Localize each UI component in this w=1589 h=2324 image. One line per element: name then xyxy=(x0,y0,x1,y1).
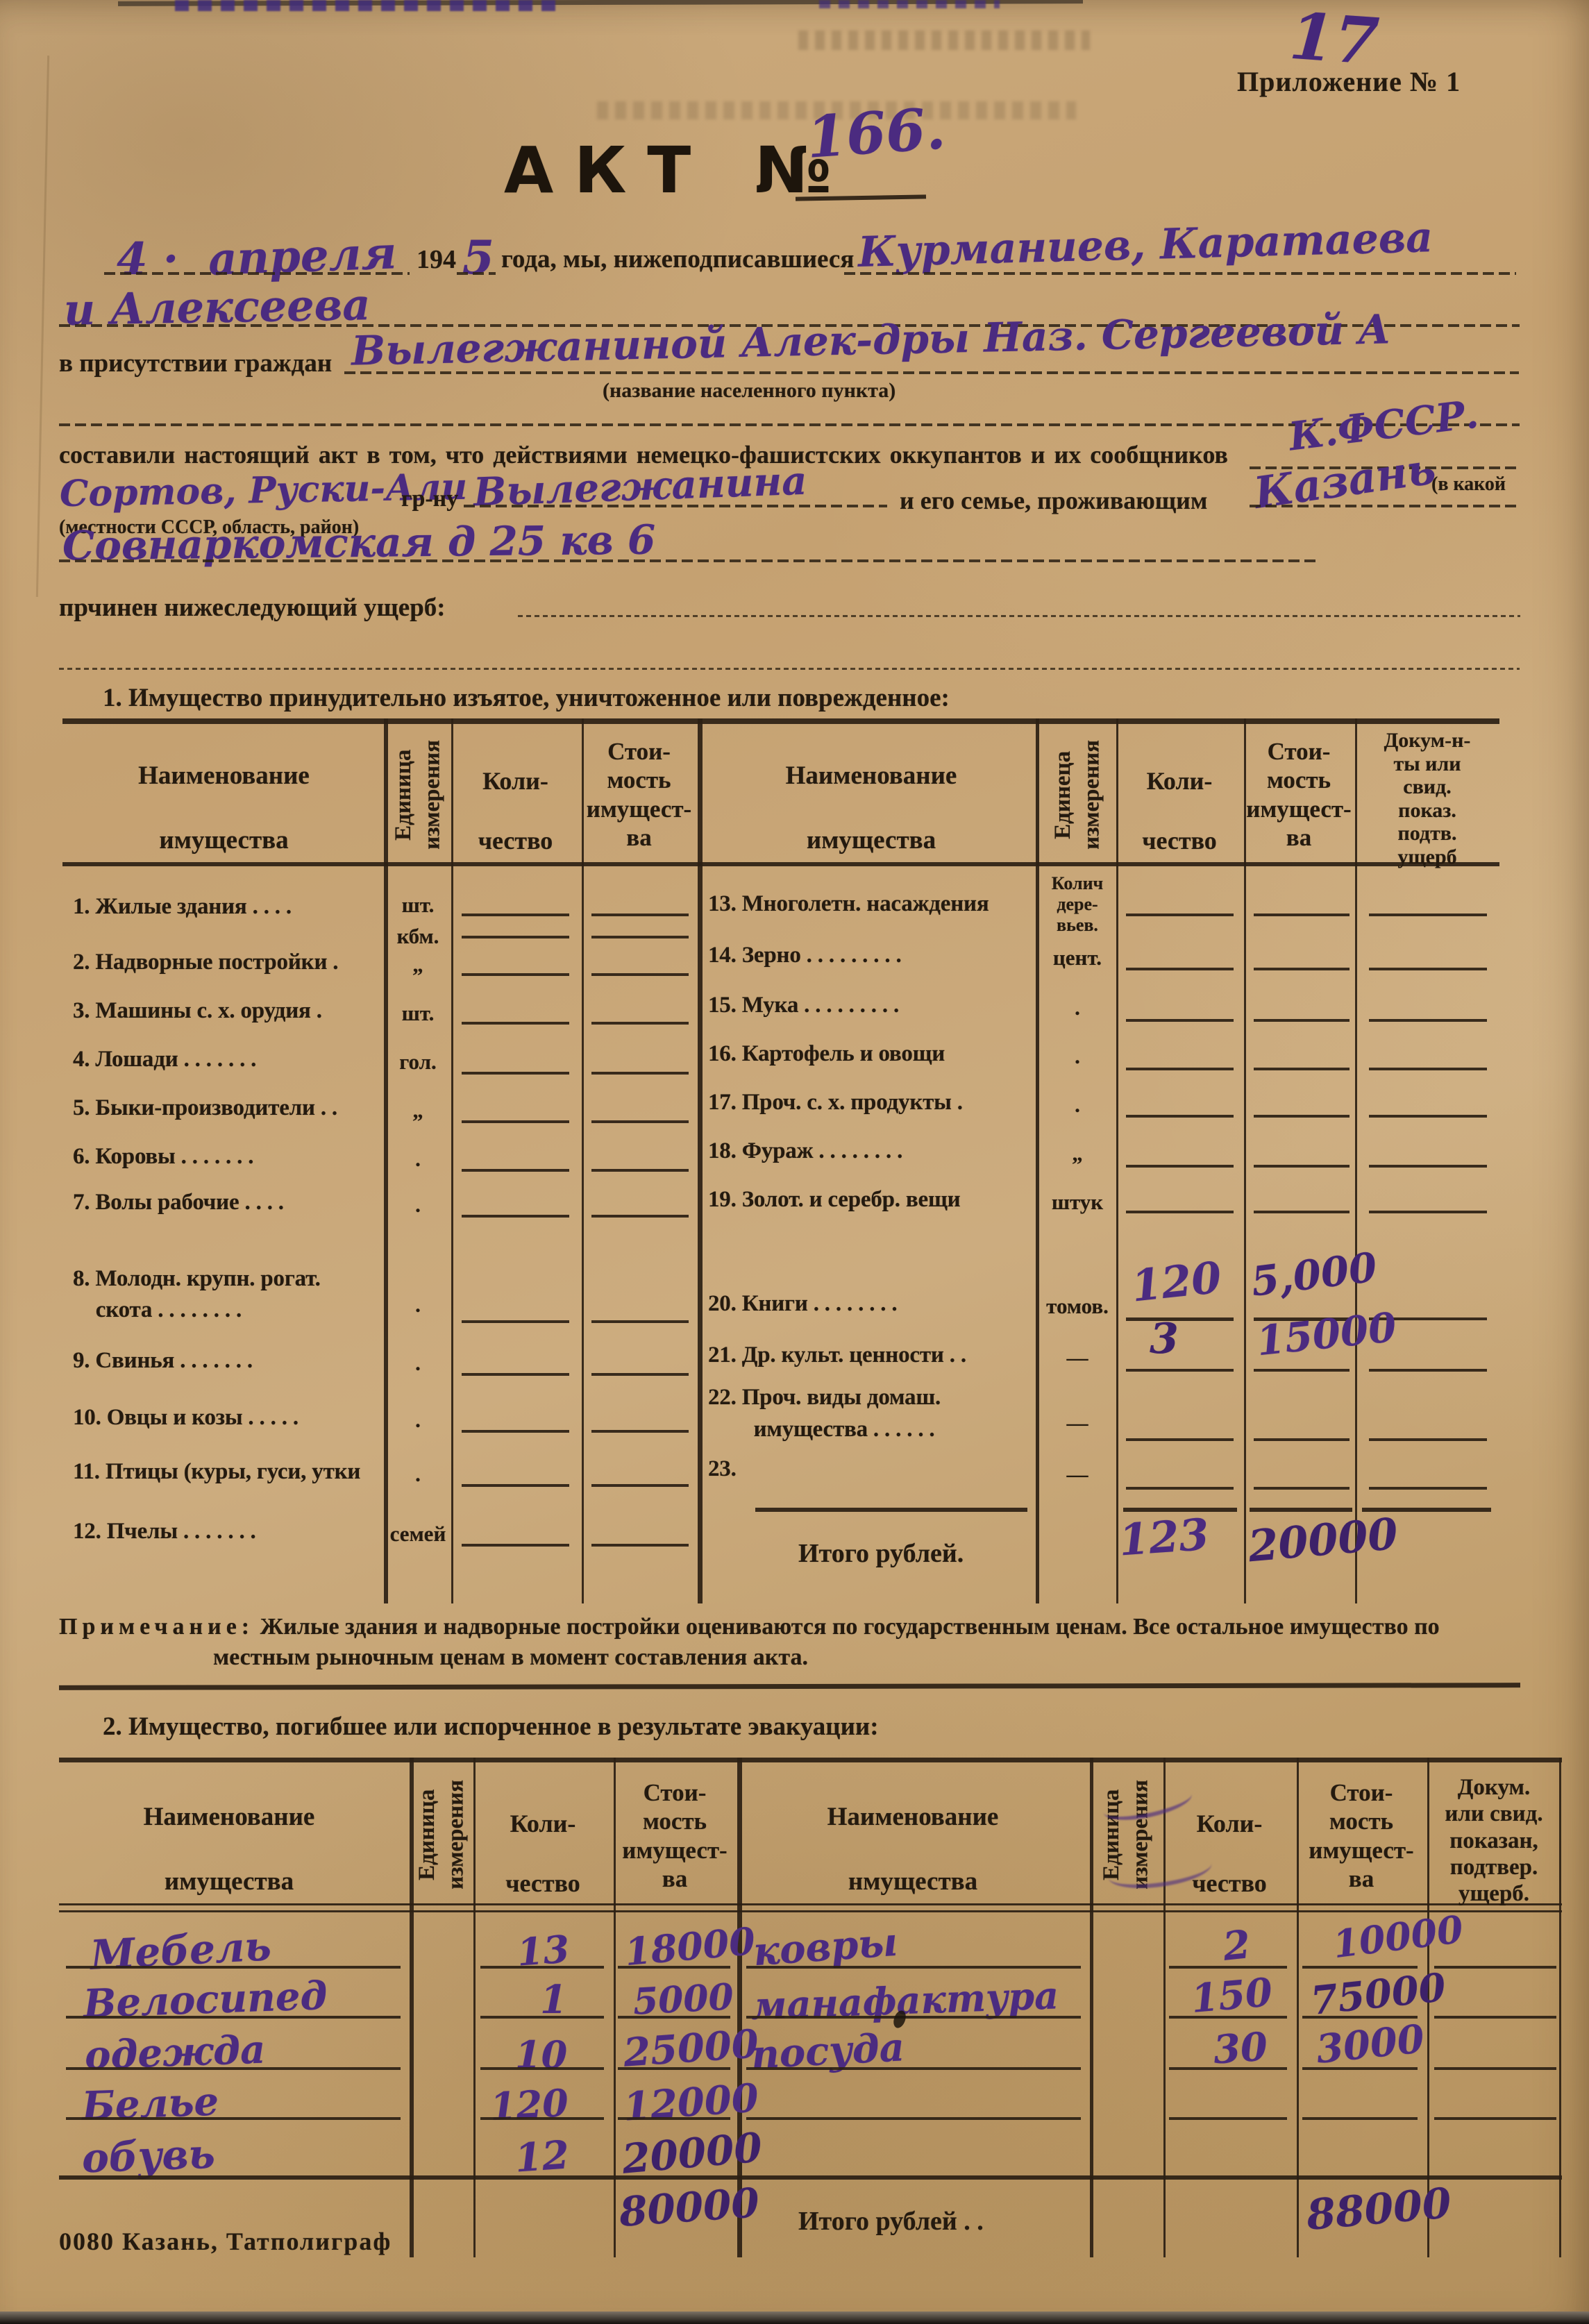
t1-ul xyxy=(462,1072,569,1075)
t1-ul xyxy=(1126,1369,1234,1372)
t1-vline xyxy=(698,718,703,1603)
t1-row-label: 18. Фураж . . . . . . . . xyxy=(708,1138,902,1164)
t2-ul xyxy=(66,2117,401,2120)
t1-row-label: 14. Зерно . . . . . . . . . xyxy=(708,943,902,968)
t1-row-unit: „ xyxy=(386,1095,450,1127)
t1-val-hand: 5,000 xyxy=(1249,1243,1380,1306)
t1-top-border xyxy=(62,718,1499,724)
t1-ul xyxy=(1126,1068,1234,1070)
t2-ul xyxy=(746,2067,1081,2070)
t1-row-unit: . xyxy=(1040,993,1115,1024)
t1-row-unit: шт. xyxy=(386,998,450,1029)
t2-qty-hand: 150 xyxy=(1189,1969,1274,2022)
t1-head-unit-r: Единеца измерения xyxy=(1049,740,1107,850)
t2-head-qty: Коли- чество xyxy=(473,1794,612,1914)
t1-ul xyxy=(1369,1019,1487,1022)
t1-ul xyxy=(591,1169,689,1172)
t2-ul xyxy=(618,1966,730,1969)
t1-ul xyxy=(1126,1487,1234,1490)
t1-ul xyxy=(1126,913,1234,916)
address-line xyxy=(59,559,1317,562)
t1-ul xyxy=(462,1169,569,1172)
t2-ul xyxy=(480,2016,604,2019)
t1-row-label: 17. Проч. с. х. продукты . xyxy=(708,1090,963,1115)
t1-ul xyxy=(591,1120,689,1123)
t2-top-border xyxy=(59,1758,1562,1762)
document-page: 17 Приложение № 1 АКТ № 166. 4 · апреля … xyxy=(0,0,1589,2324)
t1-ul xyxy=(1369,1438,1487,1441)
settlement-caption: (название населенного пункта) xyxy=(603,379,896,403)
date-line xyxy=(104,272,410,275)
note-paragraph: Примечание: Жилые здания и надворные пос… xyxy=(59,1612,1520,1673)
t1-row-label: 5. Быки-производители . . xyxy=(73,1095,337,1121)
t2-head-name: Наименование имущества xyxy=(69,1785,389,1914)
t1-row-unit: Колич дере- вьев. xyxy=(1040,873,1115,936)
t1-row-label: 3. Машины с. х. орудия . xyxy=(73,998,322,1024)
t1-ul xyxy=(1126,1438,1234,1441)
t1-total-label: Итого рублей. xyxy=(798,1538,964,1569)
t1-row-label: 7. Волы рабочие . . . . xyxy=(73,1190,284,1215)
t1-ul xyxy=(462,1022,569,1025)
t2-total-label: Итого рублей . . xyxy=(798,2206,984,2237)
t1-ul xyxy=(1126,1211,1234,1213)
t1-ul xyxy=(1369,1165,1487,1168)
t1-row-unit: — xyxy=(1040,1342,1115,1374)
stamp-fragment xyxy=(175,0,564,11)
kakoi-caption: (в какой xyxy=(1431,473,1506,496)
t2-qty-hand: 12 xyxy=(514,2132,571,2181)
t1-row-unit: — xyxy=(1040,1408,1115,1439)
t1-ul xyxy=(1254,913,1350,916)
blank-fill xyxy=(59,668,1520,670)
t1-row-label: 2. Надворные постройки . xyxy=(73,950,338,975)
signers-hand: Курманиев, Каратаева xyxy=(857,213,1434,277)
t1-row-unit: семей xyxy=(386,1519,450,1550)
t1-ul xyxy=(591,1544,689,1547)
t1-ul xyxy=(462,1430,569,1433)
t1-row-unit: . xyxy=(386,1405,450,1436)
t2-head-val-r: Стои- мость имущест- ва xyxy=(1297,1778,1426,1893)
t2-ul xyxy=(1169,2117,1287,2120)
after-year-text: года, мы, нижеподписавшиеся xyxy=(501,244,854,274)
t1-ul xyxy=(1254,1165,1350,1168)
t2-ul xyxy=(1434,2117,1556,2120)
t2-ul xyxy=(1169,1966,1287,1969)
t2-ul xyxy=(1434,2067,1556,2070)
t1-head-qty: Коли- чество xyxy=(451,751,580,871)
t2-ul xyxy=(480,1966,604,1969)
t1-row-unit: . xyxy=(386,1459,450,1490)
t1-ul xyxy=(591,1022,689,1025)
t1-row-label: 19. Золот. и серебр. вещи xyxy=(708,1187,960,1213)
city-line xyxy=(1250,505,1519,507)
t1-row-label: 4. Лошади . . . . . . . xyxy=(73,1047,256,1072)
t1-ul xyxy=(1369,1115,1487,1118)
t1-row-label: 21. Др. культ. ценности . . xyxy=(708,1342,966,1368)
t2-val-hand: 3000 xyxy=(1314,2016,1427,2073)
t1-ul xyxy=(591,1484,689,1487)
scan-bottom-edge xyxy=(0,2312,1589,2324)
t1-row-unit: . xyxy=(386,1190,450,1221)
year-line xyxy=(457,272,496,275)
t1-ul xyxy=(1254,1369,1350,1372)
t1-ul xyxy=(1126,968,1234,970)
t2-left-total-hand: 80000 xyxy=(618,2179,761,2236)
t1-row-unit: томов. xyxy=(1040,1291,1115,1322)
t1-row-unit: . xyxy=(386,1348,450,1379)
t2-head-unit: Единица измерения xyxy=(413,1780,471,1889)
t1-row-label: 11. Птицы (куры, гуси, утки xyxy=(73,1459,360,1485)
section2-heading: 2. Имущество, погибшее или испорченное в… xyxy=(103,1712,879,1742)
t2-total-val-hand: 88000 xyxy=(1304,2179,1453,2240)
t2-name-hand: Белье xyxy=(81,2079,219,2130)
t1-ul xyxy=(462,913,569,916)
t1-row-label: 1. Жилые здания . . . . xyxy=(73,894,292,920)
t2-name-hand: Мебель xyxy=(89,1922,272,1979)
t1-ul xyxy=(1254,1211,1350,1213)
t1-head-qty-r: Коли- чество xyxy=(1116,751,1243,871)
t1-ul xyxy=(1254,1068,1350,1070)
t2-val-hand: 20000 xyxy=(620,2123,764,2182)
damage-label: прчинен нижеследующий ущерб: xyxy=(59,593,446,623)
footer-imprint: 0080 Казань, Татполиграф xyxy=(59,2227,392,2256)
t2-val-hand: 12000 xyxy=(622,2075,760,2130)
t1-ul xyxy=(591,973,689,976)
t2-ul xyxy=(66,2016,401,2019)
t2-head-val: Стои- мость имущест- ва xyxy=(614,1778,736,1893)
t1-ul xyxy=(1369,913,1487,916)
t1-ul xyxy=(1369,1369,1487,1372)
t1-row-label: 15. Мука . . . . . . . . . xyxy=(708,993,899,1018)
t2-ul xyxy=(618,2067,730,2070)
crease xyxy=(36,56,49,597)
t1-head-val: Стои- мость имущест- ва xyxy=(582,737,696,852)
t2-ul xyxy=(480,2117,604,2120)
t1-vline xyxy=(1036,718,1039,1603)
t1-ul xyxy=(1369,1211,1487,1213)
t2-ul xyxy=(1169,2067,1287,2070)
t1-ul xyxy=(1254,1438,1350,1441)
victim-line xyxy=(464,505,887,507)
t1-qty-hand: 3 xyxy=(1150,1315,1179,1363)
section1-heading: 1. Имущество принудительно изъятое, унич… xyxy=(103,683,950,713)
t2-ul xyxy=(66,2067,401,2070)
t1-row-unit: . xyxy=(1040,1090,1115,1121)
t1-ul xyxy=(591,913,689,916)
annex-label: Приложение № 1 xyxy=(1237,65,1461,98)
t1-row-label: 22. Проч. виды домаш. имущества . . . . … xyxy=(708,1381,941,1445)
t1-ul xyxy=(1369,968,1487,970)
t1-row-label: 10. Овцы и козы . . . . . xyxy=(73,1405,299,1431)
t1-head-val-r: Стои- мость имущест- ва xyxy=(1244,737,1354,852)
year-printed: 194 xyxy=(417,244,456,275)
t1-row-unit: . xyxy=(1040,1041,1115,1072)
t1-ul xyxy=(591,936,689,938)
witnesses-hand: Вылегжаниной Алек-дры Наз. Сергеевой А xyxy=(351,305,1390,374)
family-text: и его семье, проживающим xyxy=(900,486,1207,515)
t2-name-hand: обувь xyxy=(81,2130,216,2182)
t1-ul xyxy=(591,1072,689,1075)
t2-head-name-r: Наименование нмущества xyxy=(746,1785,1079,1914)
t1-ul xyxy=(1126,1115,1234,1118)
t2-ul xyxy=(746,2016,1081,2019)
t1-ul xyxy=(462,1544,569,1547)
t1-row-unit: „ xyxy=(1040,1138,1115,1170)
t2-ul xyxy=(618,2117,730,2120)
t2-ul xyxy=(618,2016,730,2019)
t1-row-unit: шт. кбм. xyxy=(386,890,450,952)
t1-ul xyxy=(1126,1317,1234,1321)
t1-ul xyxy=(462,973,569,976)
t1-qty-hand: 120 xyxy=(1129,1252,1224,1311)
t1-ul xyxy=(462,1215,569,1218)
t1-ul xyxy=(1126,1165,1234,1168)
t1-row-label: 8. Молодн. крупн. рогат. скота . . . . .… xyxy=(73,1263,321,1325)
t1-row-unit: „ xyxy=(386,950,450,981)
t2-qty-hand: 30 xyxy=(1212,2023,1269,2073)
year-digit-hand: 5 xyxy=(462,230,494,285)
t1-ul xyxy=(462,936,569,938)
t1-row-label: 12. Пчелы . . . . . . . xyxy=(73,1519,256,1544)
t1-row-label: 9. Свинья . . . . . . . xyxy=(73,1348,253,1374)
t1-val-hand: 15000 xyxy=(1254,1304,1399,1365)
t2-ul xyxy=(746,1966,1081,1969)
t1-total-rule xyxy=(1250,1508,1352,1512)
date-day-hand: 4 · xyxy=(117,233,178,285)
t2-qty-hand: 2 xyxy=(1221,1921,1253,1970)
t1-ul xyxy=(591,1215,689,1218)
t1-row-label: 6. Коровы . . . . . . . xyxy=(73,1144,253,1170)
t1-row-unit: цент. xyxy=(1040,943,1115,974)
t1-ul xyxy=(1254,968,1350,970)
t1-row-label: 16. Картофель и овощи xyxy=(708,1041,945,1067)
t1-row-unit: гол. xyxy=(386,1047,450,1078)
t1-head-unit: Единица измерения xyxy=(389,740,447,850)
t1-total-val-hand: 20000 xyxy=(1246,1508,1399,1572)
t1-head-name: Наименование имущества xyxy=(69,744,378,873)
presence-label: в присутствии граждан xyxy=(59,348,332,378)
t2-total-rule xyxy=(59,2175,1562,2180)
t2-ul xyxy=(1302,2117,1418,2120)
t2-name-hand: Велосипед xyxy=(83,1973,328,2027)
t1-ul xyxy=(1254,1019,1350,1022)
t2-ul xyxy=(66,1966,401,1969)
t1-ul xyxy=(462,1484,569,1487)
t1-row-label: 13. Многолетн. насаждения xyxy=(708,891,989,917)
damage-fill xyxy=(518,615,1520,617)
t1-ul xyxy=(1254,1487,1350,1490)
note-label: Примечание: xyxy=(59,1614,254,1640)
t2-qty-hand: 120 xyxy=(489,2080,569,2129)
t1-total-rule xyxy=(755,1508,1027,1512)
t1-row-unit: . xyxy=(386,1144,450,1175)
t1-row-label: 23. xyxy=(708,1456,737,1482)
t1-ul xyxy=(591,1373,689,1376)
grnu-label: гр-ну xyxy=(401,486,458,512)
t1-ul xyxy=(462,1320,569,1323)
t2-name-hand: посуда xyxy=(750,2024,905,2078)
t2-ul xyxy=(1434,1966,1556,1969)
t2-name-hand: одежда xyxy=(84,2026,266,2078)
t1-ul xyxy=(1126,1019,1234,1022)
t1-row-unit: . xyxy=(386,1290,450,1321)
signers-line xyxy=(844,272,1516,275)
bleedthrough xyxy=(798,31,1090,50)
t1-ul xyxy=(462,1373,569,1376)
t2-ul xyxy=(480,2067,604,2070)
t1-ul xyxy=(591,1320,689,1323)
t1-row-label: 20. Книги . . . . . . . . xyxy=(708,1291,897,1317)
t1-ul xyxy=(462,1120,569,1123)
t2-ul xyxy=(1434,2016,1556,2019)
t1-row-unit: штук xyxy=(1040,1187,1115,1218)
t1-ul xyxy=(591,1430,689,1433)
t1-ul xyxy=(1254,1115,1350,1118)
stamp-fragment-2 xyxy=(819,0,1000,8)
t2-val-hand: 10000 xyxy=(1331,1907,1465,1967)
t2-ul xyxy=(746,2117,1081,2120)
t1-head-name-r: Наименование имущества xyxy=(708,744,1034,873)
t1-head-docs: Докум-н- ты или свид. показ. подтв. ущер… xyxy=(1355,729,1499,869)
t1-row-unit: — xyxy=(1040,1459,1115,1490)
t2-head-docs: Докум. или свид. показан, подтвер. ущерб… xyxy=(1427,1774,1561,1907)
note-text: Жилые здания и надворные постройки оцени… xyxy=(213,1614,1440,1670)
t2-ul xyxy=(1169,2016,1287,2019)
presence-line xyxy=(344,371,1519,374)
t1-ul xyxy=(1369,1487,1487,1490)
t1-ul xyxy=(1369,1068,1487,1070)
section-divider xyxy=(59,1683,1520,1690)
t1-total-qty-hand: 123 xyxy=(1118,1509,1211,1566)
date-month-hand: апреля xyxy=(208,227,398,285)
t2-ul xyxy=(1302,2067,1418,2070)
act-number-hand: 166. xyxy=(805,95,948,171)
t2-qty-hand: 10 xyxy=(515,2032,567,2077)
